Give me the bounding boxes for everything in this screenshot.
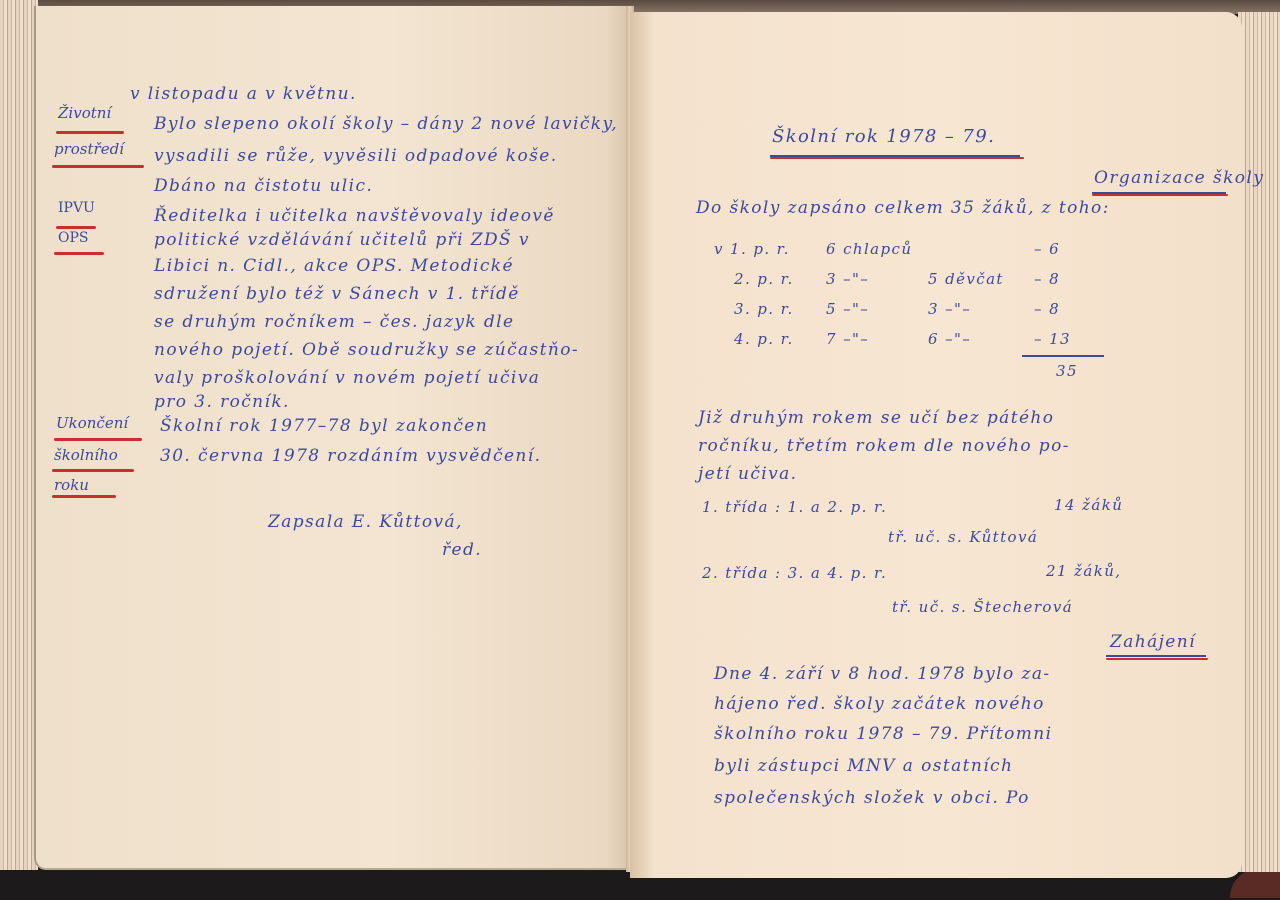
section-heading-organization: Organizace školy xyxy=(1094,168,1264,188)
class-label: 1. třída : 1. a 2. p. r. xyxy=(702,498,887,516)
text-line: valy proškolování v novém pojetí učiva xyxy=(154,368,540,388)
page-stack-left xyxy=(0,0,38,870)
signature-title: řed. xyxy=(442,540,482,560)
class-label: 2. třída : 3. a 4. p. r. xyxy=(702,564,887,582)
right-page: Školní rok 1978 – 79. Organizace školy D… xyxy=(630,12,1242,878)
text-line: společenských složek v obci. Po xyxy=(714,788,1030,808)
table-boys: 6 chlapců xyxy=(826,240,912,258)
left-page: Životní prostředí IPVU OPS Ukončení škol… xyxy=(34,6,630,870)
table-grade: 4. p. r. xyxy=(734,330,794,348)
page-title: Školní rok 1978 – 79. xyxy=(772,126,995,147)
red-underline xyxy=(1092,194,1228,196)
class-teacher: tř. uč. s. Kůttová xyxy=(888,528,1038,546)
text-line: 30. června 1978 rozdáním vysvědčení. xyxy=(160,446,541,466)
red-underline xyxy=(54,252,104,255)
sum-line xyxy=(1022,355,1104,357)
enrollment-intro: Do školy zapsáno celkem 35 žáků, z toho: xyxy=(696,198,1110,218)
margin-note-prostredi: prostředí xyxy=(54,140,124,158)
text-line: hájeno řed. školy začátek nového xyxy=(714,694,1045,714)
section-heading-opening: Zahájení xyxy=(1110,632,1196,652)
text-line: Bylo slepeno okolí školy – dány 2 nové l… xyxy=(154,114,618,134)
text-line: politické vzdělávání učitelů při ZDŠ v xyxy=(154,230,530,250)
red-underline xyxy=(770,157,1024,159)
text-line: Libici n. Cidl., akce OPS. Metodické xyxy=(154,256,514,276)
table-total: – 8 xyxy=(1034,270,1060,288)
text-line: Již druhým rokem se učí bez pátého xyxy=(698,408,1054,428)
text-line: vysadili se růže, vyvěsili odpadové koše… xyxy=(154,146,558,166)
text-line: Školní rok 1977–78 byl zakončen xyxy=(160,416,488,436)
table-grade: 2. p. r. xyxy=(734,270,794,288)
text-line: v listopadu a v květnu. xyxy=(130,84,357,104)
text-line: sdružení bylo též v Sánech v 1. třídě xyxy=(154,284,520,304)
red-underline xyxy=(56,226,96,229)
table-grade: v 1. p. r. xyxy=(714,240,790,258)
text-line: Ředitelka i učitelka navštěvovaly ideově xyxy=(154,206,555,226)
text-line: nového pojetí. Obě soudružky se zúčastňo… xyxy=(154,340,579,360)
class-teacher: tř. uč. s. Štecherová xyxy=(892,598,1073,616)
red-underline xyxy=(1106,658,1208,660)
margin-note-ops: OPS xyxy=(58,230,89,246)
text-line: se druhým ročníkem – čes. jazyk dle xyxy=(154,312,514,332)
signature: Zapsala E. Kůttová, xyxy=(268,512,463,532)
red-underline xyxy=(52,495,116,498)
text-line: byli zástupci MNV a ostatních xyxy=(714,756,1013,776)
table-boys: 5 –"– xyxy=(826,300,869,318)
text-line: pro 3. ročník. xyxy=(154,392,290,412)
table-sum: 35 xyxy=(1056,362,1078,380)
margin-note-ukonceni: Ukončení xyxy=(56,414,128,432)
text-line: Dbáno na čistotu ulic. xyxy=(154,176,373,196)
table-total: – 6 xyxy=(1034,240,1060,258)
text-line: jetí učiva. xyxy=(698,464,797,484)
table-boys: 3 –"– xyxy=(826,270,869,288)
red-underline xyxy=(52,469,134,472)
table-total: – 8 xyxy=(1034,300,1060,318)
table-boys: 7 –"– xyxy=(826,330,869,348)
margin-note-zivotni: Životní xyxy=(58,104,111,122)
text-line: ročníku, třetím rokem dle nového po- xyxy=(698,436,1070,456)
class-pupils: 21 žáků, xyxy=(1046,562,1121,580)
table-grade: 3. p. r. xyxy=(734,300,794,318)
text-line: Dne 4. září v 8 hod. 1978 bylo za- xyxy=(714,664,1051,684)
page-stack-right xyxy=(1238,12,1280,872)
table-total: – 13 xyxy=(1034,330,1071,348)
margin-note-roku: roku xyxy=(54,476,89,494)
blue-underline xyxy=(1106,655,1206,657)
table-girls: 5 děvčat xyxy=(928,270,1004,288)
margin-note-ipvu: IPVU xyxy=(58,200,95,216)
class-pupils: 14 žáků xyxy=(1054,496,1123,514)
text-line: školního roku 1978 – 79. Přítomni xyxy=(714,724,1052,744)
table-girls: 3 –"– xyxy=(928,300,971,318)
red-underline xyxy=(52,165,144,168)
margin-note-skolniho: školního xyxy=(54,446,118,464)
red-underline xyxy=(54,438,142,441)
red-underline xyxy=(56,131,124,134)
table-girls: 6 –"– xyxy=(928,330,971,348)
